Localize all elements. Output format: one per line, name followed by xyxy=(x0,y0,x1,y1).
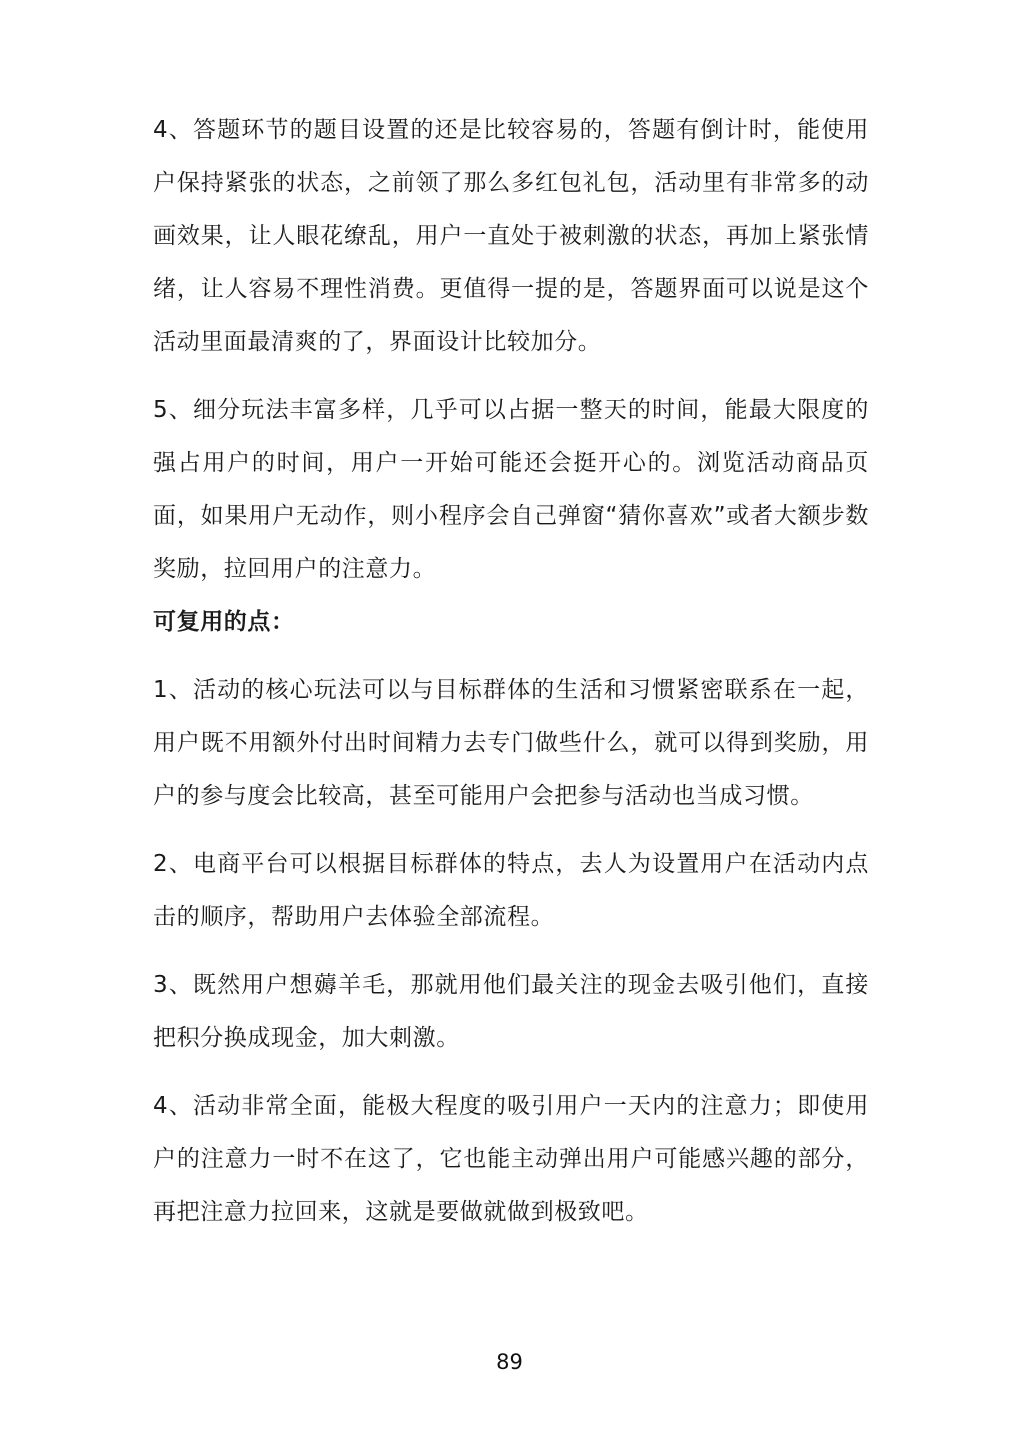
reusable-point-2: 2、电商平台可以根据目标群体的特点，去人为设置用户在活动内点击的顺序，帮助用户去… xyxy=(153,838,869,944)
reusable-point-1: 1、活动的核心玩法可以与目标群体的生活和习惯紧密联系在一起，用户既不用额外付出时… xyxy=(153,664,869,823)
page-number: 89 xyxy=(0,1350,1019,1374)
reusable-point-4: 4、活动非常全面，能极大程度的吸引用户一天内的注意力；即使用户的注意力一时不在这… xyxy=(153,1080,869,1239)
document-page-body: 4、答题环节的题目设置的还是比较容易的，答题有倒计时，能使用户保持紧张的状态，之… xyxy=(153,104,869,1254)
section-heading-reusable-points: 可复用的点： xyxy=(153,596,869,649)
paragraph-point-4: 4、答题环节的题目设置的还是比较容易的，答题有倒计时，能使用户保持紧张的状态，之… xyxy=(153,104,869,369)
paragraph-point-5: 5、细分玩法丰富多样，几乎可以占据一整天的时间，能最大限度的强占用户的时间，用户… xyxy=(153,384,869,596)
reusable-point-3: 3、既然用户想薅羊毛，那就用他们最关注的现金去吸引他们，直接把积分换成现金，加大… xyxy=(153,959,869,1065)
